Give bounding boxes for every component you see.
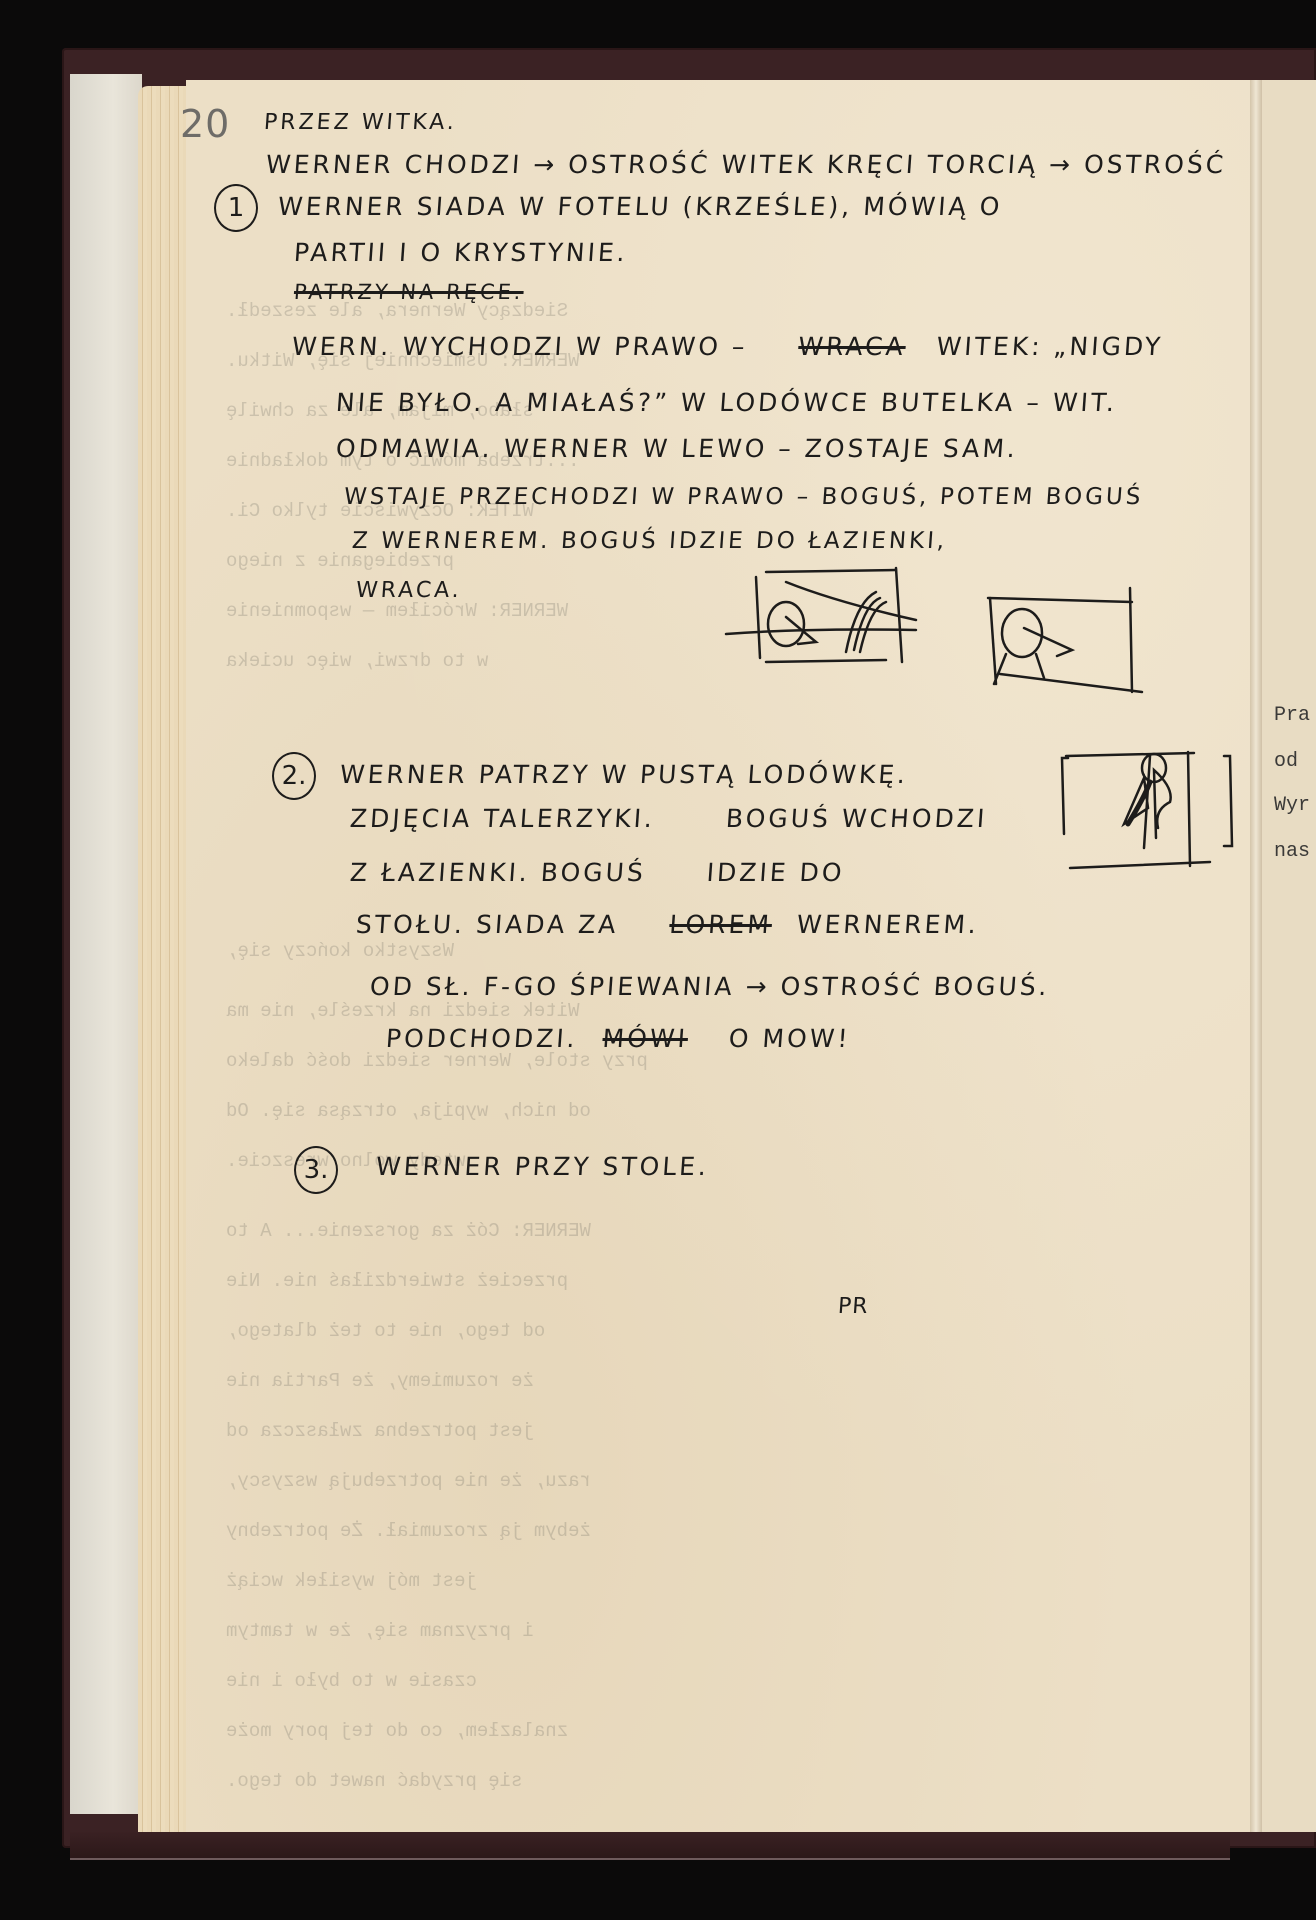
note-line: NIE BYŁO. A MIAŁAŚ?” W LODÓWCE BUTELKA –…: [335, 388, 1118, 417]
section-marker-2: 2.: [272, 752, 316, 800]
storyboard-frame-1: [746, 562, 926, 672]
note-line: WERN. WYCHODZI W PRAWO – WRACA WITEK: „N…: [291, 332, 1164, 361]
notebook-page: Siedzący Wernera, ale zeszedł. WERNER: U…: [186, 80, 1252, 1832]
typed-text: Pra: [1274, 704, 1310, 727]
note-line: ODMAWIA. WERNER W LEWO – ZOSTAJE SAM.: [335, 434, 1019, 463]
note-line: PRZEZ WITKA.: [263, 110, 458, 135]
book-cover-bottom-edge: [70, 1832, 1230, 1860]
note-line: Z WERNEREM. BOGUŚ IDZIE DO ŁAZIENKI,: [351, 528, 948, 554]
note-line: WRACA.: [355, 578, 463, 603]
torn-flyleaf: [70, 74, 142, 1814]
note-line: Z ŁAZIENKI. BOGUŚ IDZIE DO: [349, 858, 846, 887]
note-line: PARTII I O KRYSTYNIE.: [293, 238, 629, 267]
note-line: WERNER PRZY STOLE.: [375, 1152, 710, 1181]
struck-word: WRACA: [797, 332, 906, 361]
note-line: ZDJĘCIA TALERZYKI. BOGUŚ WCHODZI: [349, 804, 988, 833]
note-line: OD SŁ. F-GO ŚPIEWANIA → OSTROŚĆ BOGUŚ.: [369, 972, 1051, 1001]
note-line: WSTAJE PRZECHODZI W PRAWO – BOGUŚ, POTEM…: [343, 484, 1144, 510]
section-marker-1: 1: [214, 184, 258, 232]
page-number: 20: [180, 102, 230, 146]
note-line: STOŁU. SIADA ZA LOREM WERNEREM.: [355, 910, 980, 939]
typed-text: Wyr: [1274, 794, 1310, 817]
note-line: WERNER SIADA W FOTELU (KRZEŚLE), MÓWIĄ O: [277, 192, 1003, 221]
section-marker-3: 3.: [294, 1146, 338, 1194]
note-line: WERNER PATRZY W PUSTĄ LODÓWKĘ.: [339, 760, 909, 789]
note-line: WERNER CHODZI → OSTROŚĆ WITEK KRĘCI TORC…: [265, 150, 1227, 179]
struck-word: LOREM: [668, 910, 772, 939]
struck-word: MÓWI: [602, 1024, 689, 1053]
struck-note-line: PATRZY NA RĘCE.: [293, 280, 524, 304]
typed-text: od: [1274, 750, 1298, 773]
storyboard-frame-3: [1054, 748, 1234, 868]
note-line: PODCHODZI. MÓWI O MOW!: [385, 1024, 852, 1053]
typed-text: nas: [1274, 840, 1310, 863]
adjacent-page: Pra od Wyr nas: [1262, 80, 1316, 1832]
page-gutter: [1250, 80, 1262, 1832]
footer-mark: PR: [837, 1294, 869, 1319]
storyboard-frame-2: [982, 588, 1152, 698]
